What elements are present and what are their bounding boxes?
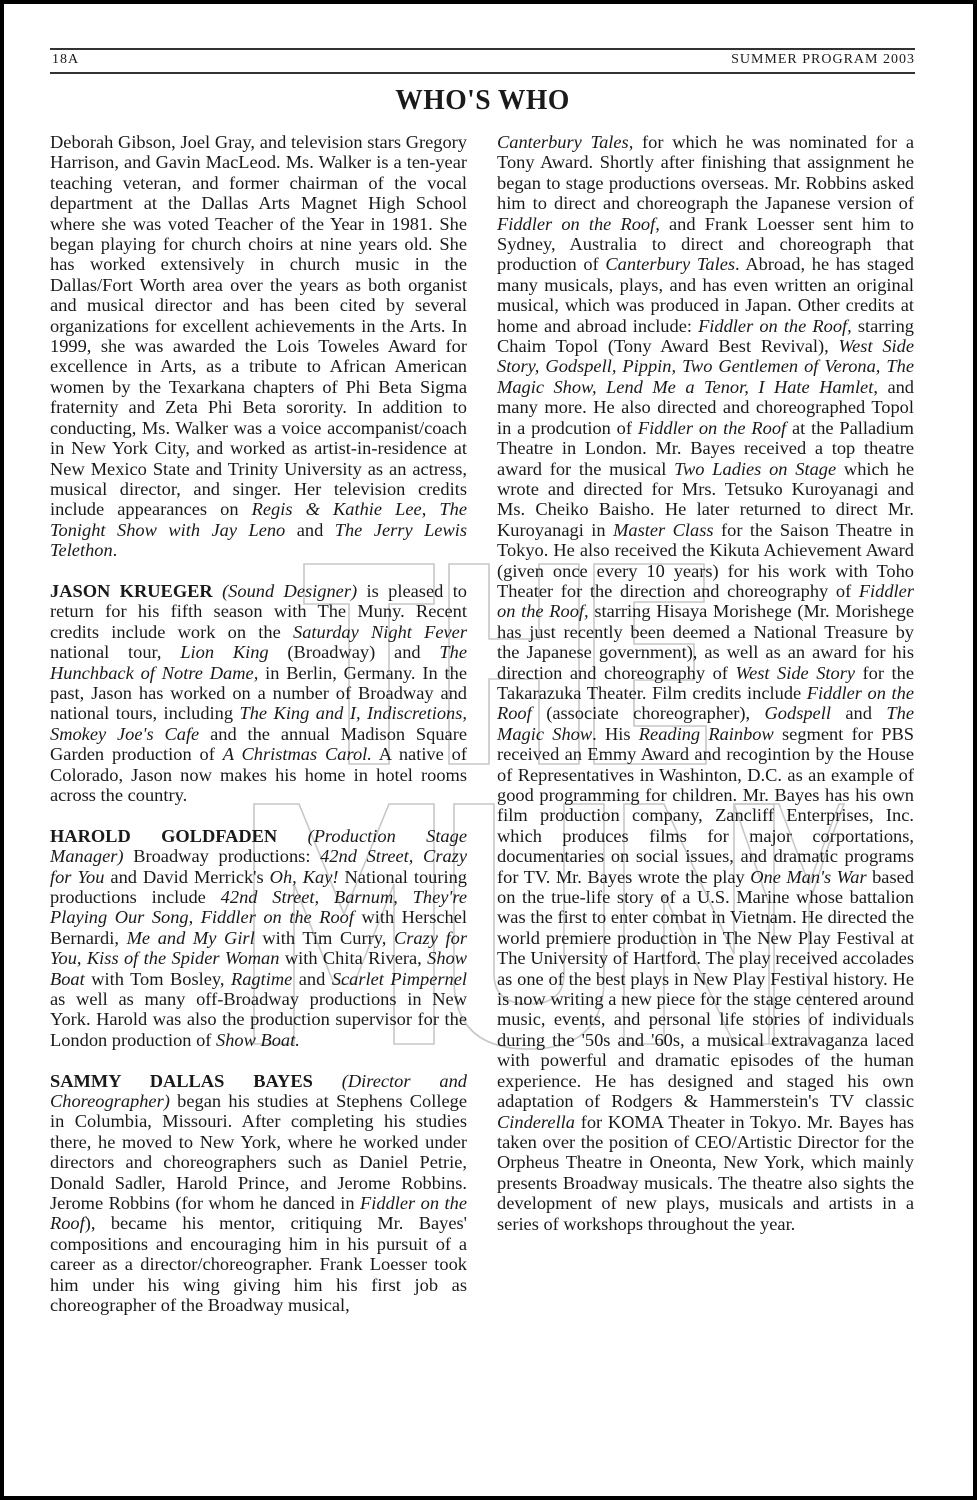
italic-title: Reading Rainbow (639, 724, 774, 744)
bio-text: with Chita Rivera, (279, 948, 427, 968)
bio-text: and (292, 969, 332, 989)
bio-text: national tour, (50, 642, 180, 662)
bio-text: and David Merrick's (104, 867, 269, 887)
bio-paragraph-harold-goldfaden: HAROLD GOLDFADEN (Production Stage Manag… (50, 826, 467, 1050)
left-column: Deborah Gibson, Joel Gray, and televisio… (50, 132, 467, 1316)
bio-text: based on the true-life story of a U.S. M… (497, 867, 914, 1111)
publication-title: SUMMER PROGRAM 2003 (731, 50, 915, 70)
italic-title: Lion King (180, 642, 268, 662)
bio-text: ), became his mentor, critiquing Mr. Bay… (50, 1213, 467, 1315)
bio-text: and (831, 703, 886, 723)
bio-text: (Broadway) and (269, 642, 440, 662)
bio-text (277, 826, 307, 846)
program-page: 18A SUMMER PROGRAM 2003 WHO'S WHO Debora… (4, 4, 973, 1496)
italic-title: Oh, Kay! (270, 867, 339, 887)
italic-title: One Man's War (750, 867, 866, 887)
page-number: 18A (52, 50, 79, 70)
italic-title: Canterbury Tales (605, 254, 735, 274)
right-column: Canterbury Tales, for which he was nomin… (497, 132, 914, 1234)
italic-title: Cinderella (497, 1112, 575, 1132)
bio-text: . (113, 540, 118, 560)
bio-paragraph-walker-continued: Deborah Gibson, Joel Gray, and televisio… (50, 132, 467, 561)
bio-name: JASON KRUEGER (50, 581, 213, 601)
italic-title: Regis & Kathie Lee (252, 499, 422, 519)
italic-title: Godspell (765, 703, 831, 723)
bio-paragraph-sammy-dallas-bayes-continued: Canterbury Tales, for which he was nomin… (497, 132, 914, 1234)
bio-paragraph-jason-krueger: JASON KRUEGER (Sound Designer) is please… (50, 581, 467, 805)
page-title: WHO'S WHO (72, 84, 894, 117)
bio-text: with Tim Curry, (255, 928, 394, 948)
bio-name: SAMMY DALLAS BAYES (50, 1071, 313, 1091)
bio-text: and (285, 520, 335, 540)
bio-text: . His (592, 724, 639, 744)
italic-title: Ragtime (231, 969, 292, 989)
italic-title: West Side Story (735, 663, 855, 683)
italic-title: Me and My Girl (127, 928, 255, 948)
bio-paragraph-sammy-dallas-bayes: SAMMY DALLAS BAYES (Director and Choreog… (50, 1071, 467, 1316)
italic-title: Saturday Night Fever (293, 622, 467, 642)
bio-text: Deborah Gibson, Joel Gray, and televisio… (50, 132, 467, 519)
bio-text: Broadway productions: (124, 846, 321, 866)
bio-text: segment for PBS received an Emmy Award a… (497, 724, 914, 887)
bio-text: with Tom Bosley, (85, 969, 231, 989)
italic-title: Two Ladies on Stage (674, 459, 836, 479)
italic-title: (Sound Designer) (222, 581, 357, 601)
bio-text (313, 1071, 342, 1091)
italic-title: Master Class (613, 520, 713, 540)
italic-title: Fiddler on the Roof, (497, 214, 660, 234)
bio-text: (associate choreographer), (532, 703, 765, 723)
bio-text (213, 581, 222, 601)
italic-title: Scarlet Pimpernel (332, 969, 467, 989)
italic-title: A Christmas Carol. (223, 744, 372, 764)
italic-title: Canterbury Tales, (497, 132, 633, 152)
running-header: 18A SUMMER PROGRAM 2003 (50, 48, 915, 74)
italic-title: Fiddler on the Roof, (698, 316, 852, 336)
italic-title: Show Boat. (216, 1030, 300, 1050)
bio-name: HAROLD GOLDFADEN (50, 826, 277, 846)
italic-title: Fiddler on the Roof (638, 418, 786, 438)
bio-text: , (422, 499, 440, 519)
